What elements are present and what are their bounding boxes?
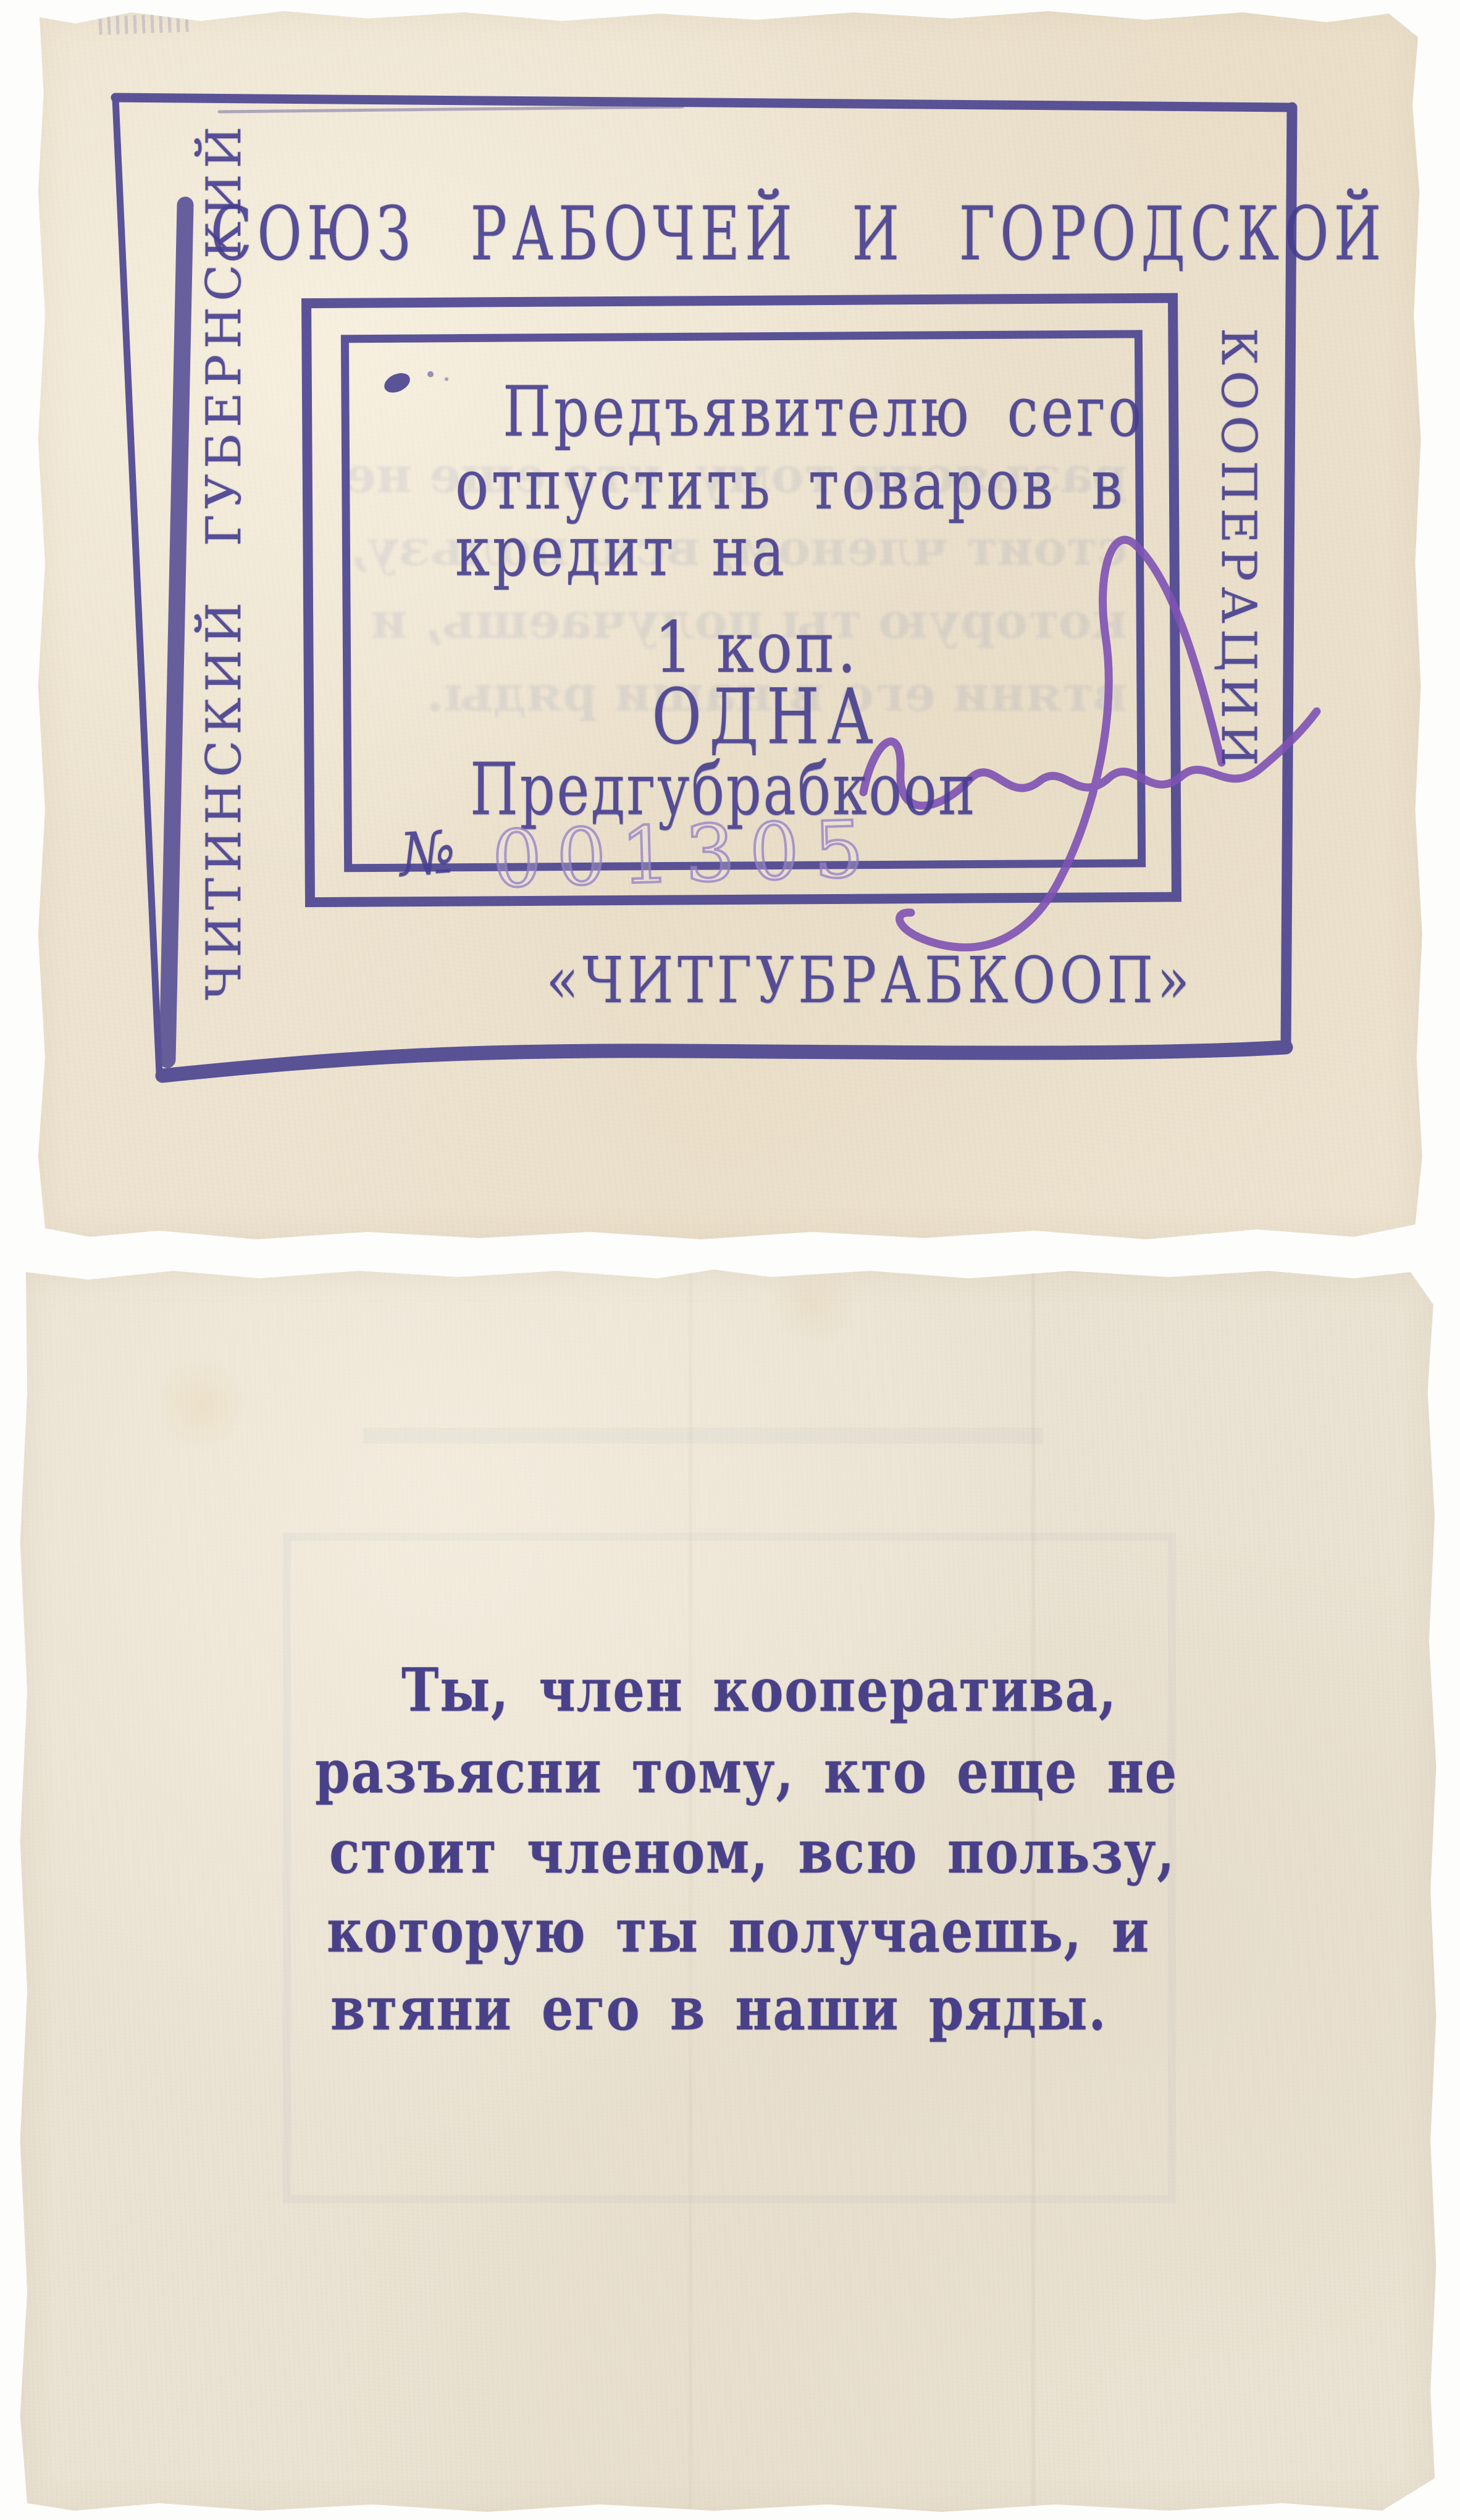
note-front-paper: разъясни тому, кто еще не стоит членом, … bbox=[34, 6, 1424, 1243]
denomination-value: 1 коп. bbox=[645, 606, 843, 682]
body-line-3: кредит на bbox=[455, 511, 833, 585]
front-title: СОЮЗ РАБОЧЕЙ И ГОРОДСКОЙ bbox=[145, 191, 1282, 262]
back-slogan-line-5: втяни его в наши ряды. bbox=[330, 1974, 1213, 2040]
front-title-text: СОЮЗ РАБОЧЕЙ И ГОРОДСКОЙ bbox=[211, 191, 1387, 277]
back-slogan-line-3: стоит членом, всю пользу, bbox=[329, 1817, 1291, 1883]
back-slogan-line-4: которую ты получаешь, и bbox=[327, 1896, 1262, 1962]
back-slogan-line-4-text: которую ты получаешь, и bbox=[327, 1896, 1150, 1965]
cooperative-short-name: «ЧИТГУБРАБКООП» bbox=[522, 944, 1078, 1010]
body-line-1-text: Предъявителю сего bbox=[503, 372, 1144, 453]
back-slogan-line-5-text: втяни его в наши ряды. bbox=[330, 1974, 1107, 2043]
body-line-3-text: кредит на bbox=[455, 511, 787, 592]
right-vertical-text: КООПЕРАЦИИ bbox=[1210, 281, 1267, 818]
back-slogan-line-1: Ты, член кооператива, bbox=[401, 1655, 1215, 1722]
outer-frame-left-thick bbox=[167, 205, 185, 1060]
outer-frame-top bbox=[115, 98, 1292, 107]
note-back-paper: Ты, член кооператива, разъясни тому, кто… bbox=[17, 1267, 1439, 2516]
serial-number-symbol: № bbox=[397, 817, 458, 890]
outer-frame-top-echo bbox=[219, 107, 682, 112]
back-slogan-line-3-text: стоит членом, всю пользу, bbox=[329, 1817, 1175, 1886]
cooperative-short-name-text: «ЧИТГУБРАБКООП» bbox=[546, 944, 1193, 1018]
left-vertical-text: ЧИТИНСКИЙ ГУБЕРНСКИЙ bbox=[196, 216, 253, 1000]
ink-blob bbox=[381, 369, 448, 396]
back-slogan-line-1-text: Ты, член кооператива, bbox=[401, 1655, 1117, 1725]
serial-number: 001305 bbox=[491, 803, 879, 905]
outer-frame-bottom bbox=[162, 1047, 1286, 1076]
denomination-words: ОДНА bbox=[636, 673, 883, 753]
left-vertical-text-label: ЧИТИНСКИЙ ГУБЕРНСКИЙ bbox=[196, 121, 253, 1000]
back-slogan-line-2-text: разъясни тому, кто еще не bbox=[315, 1736, 1178, 1806]
back-slogan-line-2: разъясни тому, кто еще не bbox=[315, 1736, 1295, 1803]
body-line-2: отпустить товаров в bbox=[455, 445, 1217, 518]
body-line-1: Предъявителю сего bbox=[503, 372, 1231, 445]
show-through-ghost-band bbox=[363, 1428, 1043, 1444]
